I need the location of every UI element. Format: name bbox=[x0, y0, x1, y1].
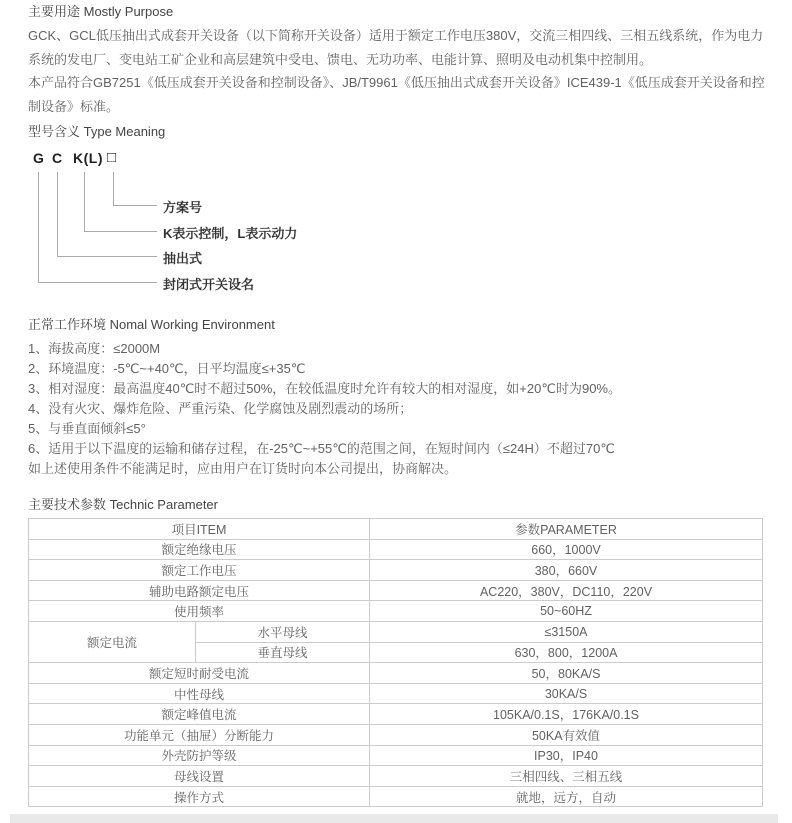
table-row: 功能单元（抽屉）分断能力 50KA有效值 bbox=[29, 724, 763, 745]
table-cell-item: 外壳防护等级 bbox=[29, 745, 370, 766]
section-working-environment: 正常工作环境 Nomal Working Environment 1、海拔高度：… bbox=[28, 317, 766, 479]
model-code-diagram: G C K(L) □ 方案号 K表示控制，L表示动力 抽出式 封闭式开关设名 bbox=[28, 150, 766, 312]
table-row: 额定峰值电流 105KA/0.1S，176KA/0.1S bbox=[29, 704, 763, 725]
table-cell-item: 功能单元（抽屉）分断能力 bbox=[29, 724, 370, 745]
connector-line bbox=[84, 231, 157, 232]
table-row: 操作方式 就地，远方，自动 bbox=[29, 786, 763, 807]
code-letter-g: G bbox=[33, 150, 44, 166]
table-cell-value: IP30，IP40 bbox=[370, 745, 763, 766]
table-row: 母线设置 三相四线、三相五线 bbox=[29, 766, 763, 787]
table-cell-value: 50，80KA/S bbox=[370, 663, 763, 684]
table-row: 额定绝缘电压 660，1000V bbox=[29, 539, 763, 560]
code-label-kl: K表示控制，L表示动力 bbox=[163, 223, 297, 242]
table-cell-value: ≤3150A bbox=[370, 621, 763, 642]
connector-line bbox=[57, 172, 58, 256]
table-row-rated-current: 额定电流 水平母线 ≤3150A bbox=[29, 621, 763, 642]
technic-parameter-heading: 主要技术参数 Technic Parameter bbox=[28, 497, 764, 512]
env-item-4: 4、没有火灾、爆炸危险、严重污染、化学腐蚀及剧烈震动的场所； bbox=[28, 399, 766, 419]
table-cell-item: 额定峰值电流 bbox=[29, 704, 370, 725]
connector-line bbox=[84, 172, 85, 231]
code-label-enclosed: 封闭式开关设名 bbox=[163, 274, 254, 293]
env-item-1: 1、海拔高度：≤2000M bbox=[28, 339, 766, 359]
table-cell-value: 就地，远方，自动 bbox=[370, 786, 763, 807]
code-label-scheme: 方案号 bbox=[163, 197, 202, 216]
table-cell-item: 辅助电路额定电压 bbox=[29, 580, 370, 601]
purpose-paragraph-1: GCK、GCL低压抽出式成套开关设备（以下简称开关设备）适用于额定工作电压380… bbox=[28, 24, 766, 71]
table-header-item: 项目ITEM bbox=[29, 519, 370, 540]
table-cell-subitem: 垂直母线 bbox=[196, 642, 370, 663]
table-cell-item: 额定短时耐受电流 bbox=[29, 663, 370, 684]
table-cell-value: 105KA/0.1S，176KA/0.1S bbox=[370, 704, 763, 725]
table-cell-value: 50~60HZ bbox=[370, 601, 763, 622]
table-cell-item: 额定绝缘电压 bbox=[29, 539, 370, 560]
table-row: 使用频率 50~60HZ bbox=[29, 601, 763, 622]
scheme-number-box-icon: □ bbox=[107, 150, 117, 166]
table-cell-value: 630，800，1200A bbox=[370, 642, 763, 663]
table-cell-value: 三相四线、三相五线 bbox=[370, 766, 763, 787]
table-cell-value: AC220，380V，DC110，220V bbox=[370, 580, 763, 601]
footer-divider-strip bbox=[10, 814, 778, 823]
table-header-parameter: 参数PARAMETER bbox=[370, 519, 763, 540]
table-cell-value: 660，1000V bbox=[370, 539, 763, 560]
connector-line bbox=[38, 282, 157, 283]
table-cell-item: 母线设置 bbox=[29, 766, 370, 787]
table-row: 中性母线 30KA/S bbox=[29, 683, 763, 704]
table-cell-item: 操作方式 bbox=[29, 786, 370, 807]
table-cell-value: 30KA/S bbox=[370, 683, 763, 704]
table-header-row: 项目ITEM 参数PARAMETER bbox=[29, 519, 763, 540]
table-cell-subitem: 水平母线 bbox=[196, 621, 370, 642]
env-item-3: 3、相对湿度：最高温度40℃时不超过50%，在较低温度时允许有较大的相对湿度，如… bbox=[28, 379, 766, 399]
section-technic-parameter: 主要技术参数 Technic Parameter 项目ITEM 参数PARAME… bbox=[28, 497, 764, 807]
technic-parameter-table: 项目ITEM 参数PARAMETER 额定绝缘电压 660，1000V 额定工作… bbox=[28, 518, 763, 807]
section-type-meaning: 型号含义 Type Meaning G C K(L) □ 方案号 K表示控制，L… bbox=[28, 124, 766, 312]
connector-line bbox=[113, 172, 114, 205]
code-letter-c: C bbox=[52, 150, 63, 166]
table-cell-item: 中性母线 bbox=[29, 683, 370, 704]
type-meaning-heading: 型号含义 Type Meaning bbox=[28, 124, 766, 139]
table-cell-item: 使用频率 bbox=[29, 601, 370, 622]
purpose-heading: 主要用途 Mostly Purpose bbox=[28, 4, 766, 19]
env-item-6: 6、适用于以下温度的运输和储存过程，在-25℃~+55℃的范围之间，在短时间内（… bbox=[28, 439, 766, 459]
env-item-5: 5、与垂直面倾斜≤5° bbox=[28, 419, 766, 439]
env-note: 如上述使用条件不能满足时，应由用户在订货时向本公司提出，协商解决。 bbox=[28, 459, 766, 479]
connector-line bbox=[38, 172, 39, 282]
code-label-drawout: 抽出式 bbox=[163, 248, 202, 267]
table-cell-item: 额定电流 bbox=[29, 621, 196, 662]
working-environment-list: 1、海拔高度：≤2000M 2、环境温度：-5℃~+40℃，日平均温度≤+35℃… bbox=[28, 339, 766, 479]
section-purpose: 主要用途 Mostly Purpose GCK、GCL低压抽出式成套开关设备（以… bbox=[28, 4, 766, 118]
table-row: 额定短时耐受电流 50，80KA/S bbox=[29, 663, 763, 684]
connector-line bbox=[113, 205, 157, 206]
table-cell-value: 380，660V bbox=[370, 560, 763, 581]
table-row: 外壳防护等级 IP30，IP40 bbox=[29, 745, 763, 766]
table-cell-item: 额定工作电压 bbox=[29, 560, 370, 581]
product-spec-page: 主要用途 Mostly Purpose GCK、GCL低压抽出式成套开关设备（以… bbox=[0, 0, 792, 823]
table-row: 辅助电路额定电压 AC220，380V，DC110，220V bbox=[29, 580, 763, 601]
connector-line bbox=[57, 256, 157, 257]
table-cell-value: 50KA有效值 bbox=[370, 724, 763, 745]
code-letter-kl: K(L) bbox=[73, 150, 103, 166]
env-item-2: 2、环境温度：-5℃~+40℃，日平均温度≤+35℃ bbox=[28, 359, 766, 379]
table-row: 额定工作电压 380，660V bbox=[29, 560, 763, 581]
purpose-paragraph-2: 本产品符合GB7251《低压成套开关设备和控制设备》、JB/T9961《低压抽出… bbox=[28, 71, 766, 118]
working-environment-heading: 正常工作环境 Nomal Working Environment bbox=[28, 317, 766, 332]
